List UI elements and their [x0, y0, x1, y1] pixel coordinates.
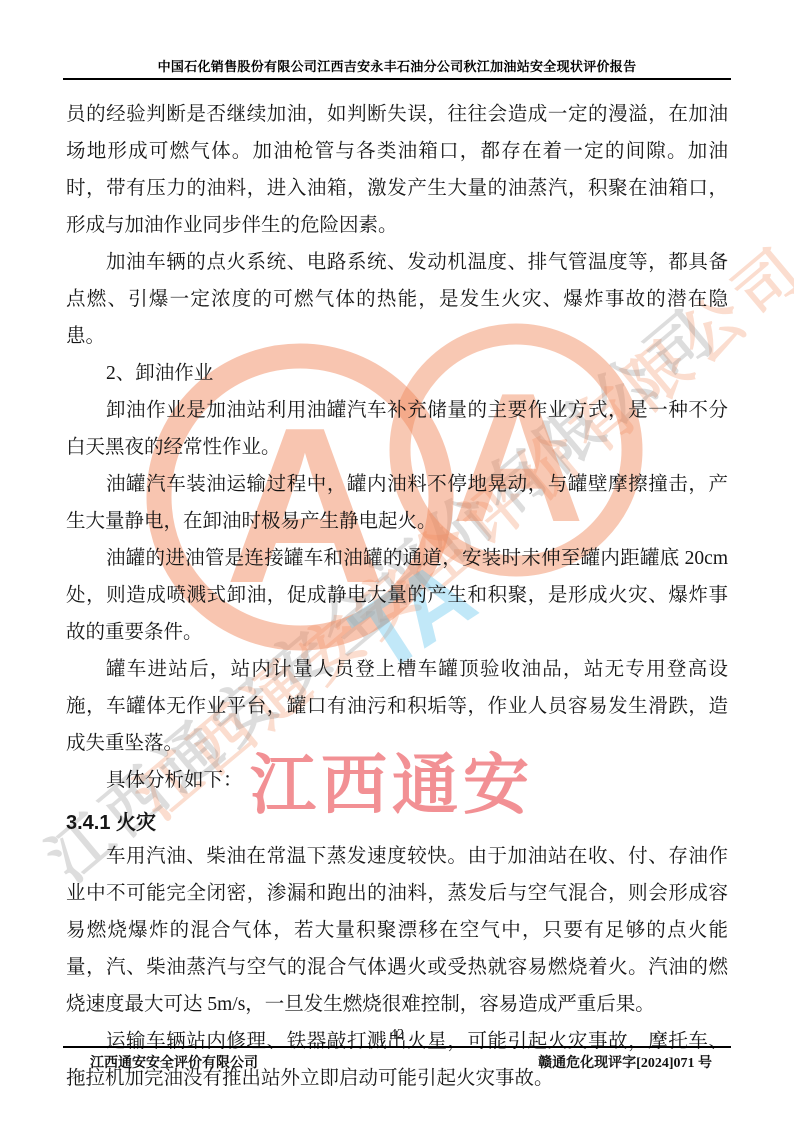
- paragraph: 油罐的进油管是连接罐车和油罐的通道，安装时未伸至罐内距罐底 20cm 处，则造成…: [66, 540, 728, 651]
- paragraph: 员的经验判断是否继续加油，如判断失误，往往会造成一定的漫溢，在加油场地形成可燃气…: [66, 96, 728, 244]
- document-page: 江西通安安全评价有限公司 江西通安安全评价有限公司 A A TA 江西通安 中国…: [0, 0, 794, 1123]
- paragraph: 卸油作业是加油站利用油罐汽车补充储量的主要作业方式，是一种不分白天黑夜的经常性作…: [66, 392, 728, 466]
- paragraph: 具体分析如下：: [66, 762, 728, 799]
- paragraph: 加油车辆的点火系统、电路系统、发动机温度、排气管温度等，都具备点燃、引爆一定浓度…: [66, 244, 728, 355]
- section-heading-fire: 3.4.1 火灾: [66, 808, 728, 838]
- list-item-unloading: 2、卸油作业: [66, 355, 728, 392]
- page-number: 42: [63, 1027, 731, 1043]
- document-body: 员的经验判断是否继续加油，如判断失误，往往会造成一定的漫溢，在加油场地形成可燃气…: [66, 96, 728, 1097]
- footer-document-number: 赣通危化现评字[2024]071 号: [538, 1052, 712, 1072]
- footer: 江西通安安全评价有限公司 赣通危化现评字[2024]071 号: [90, 1052, 712, 1072]
- report-header-title: 中国石化销售股份有限公司江西吉安永丰石油分公司秋江加油站安全现状评价报告: [63, 56, 731, 75]
- paragraph: 车用汽油、柴油在常温下蒸发速度较快。由于加油站在收、付、存油作业中不可能完全闭密…: [66, 838, 728, 1023]
- header-divider: [63, 78, 731, 80]
- paragraph: 罐车进站后，站内计量人员登上槽车罐顶验收油品，站无专用登高设施，车罐体无作业平台…: [66, 651, 728, 762]
- footer-divider: [63, 1046, 731, 1048]
- footer-company-name: 江西通安安全评价有限公司: [90, 1052, 258, 1072]
- paragraph: 油罐汽车装油运输过程中，罐内油料不停地晃动，与罐壁摩擦撞击，产生大量静电，在卸油…: [66, 466, 728, 540]
